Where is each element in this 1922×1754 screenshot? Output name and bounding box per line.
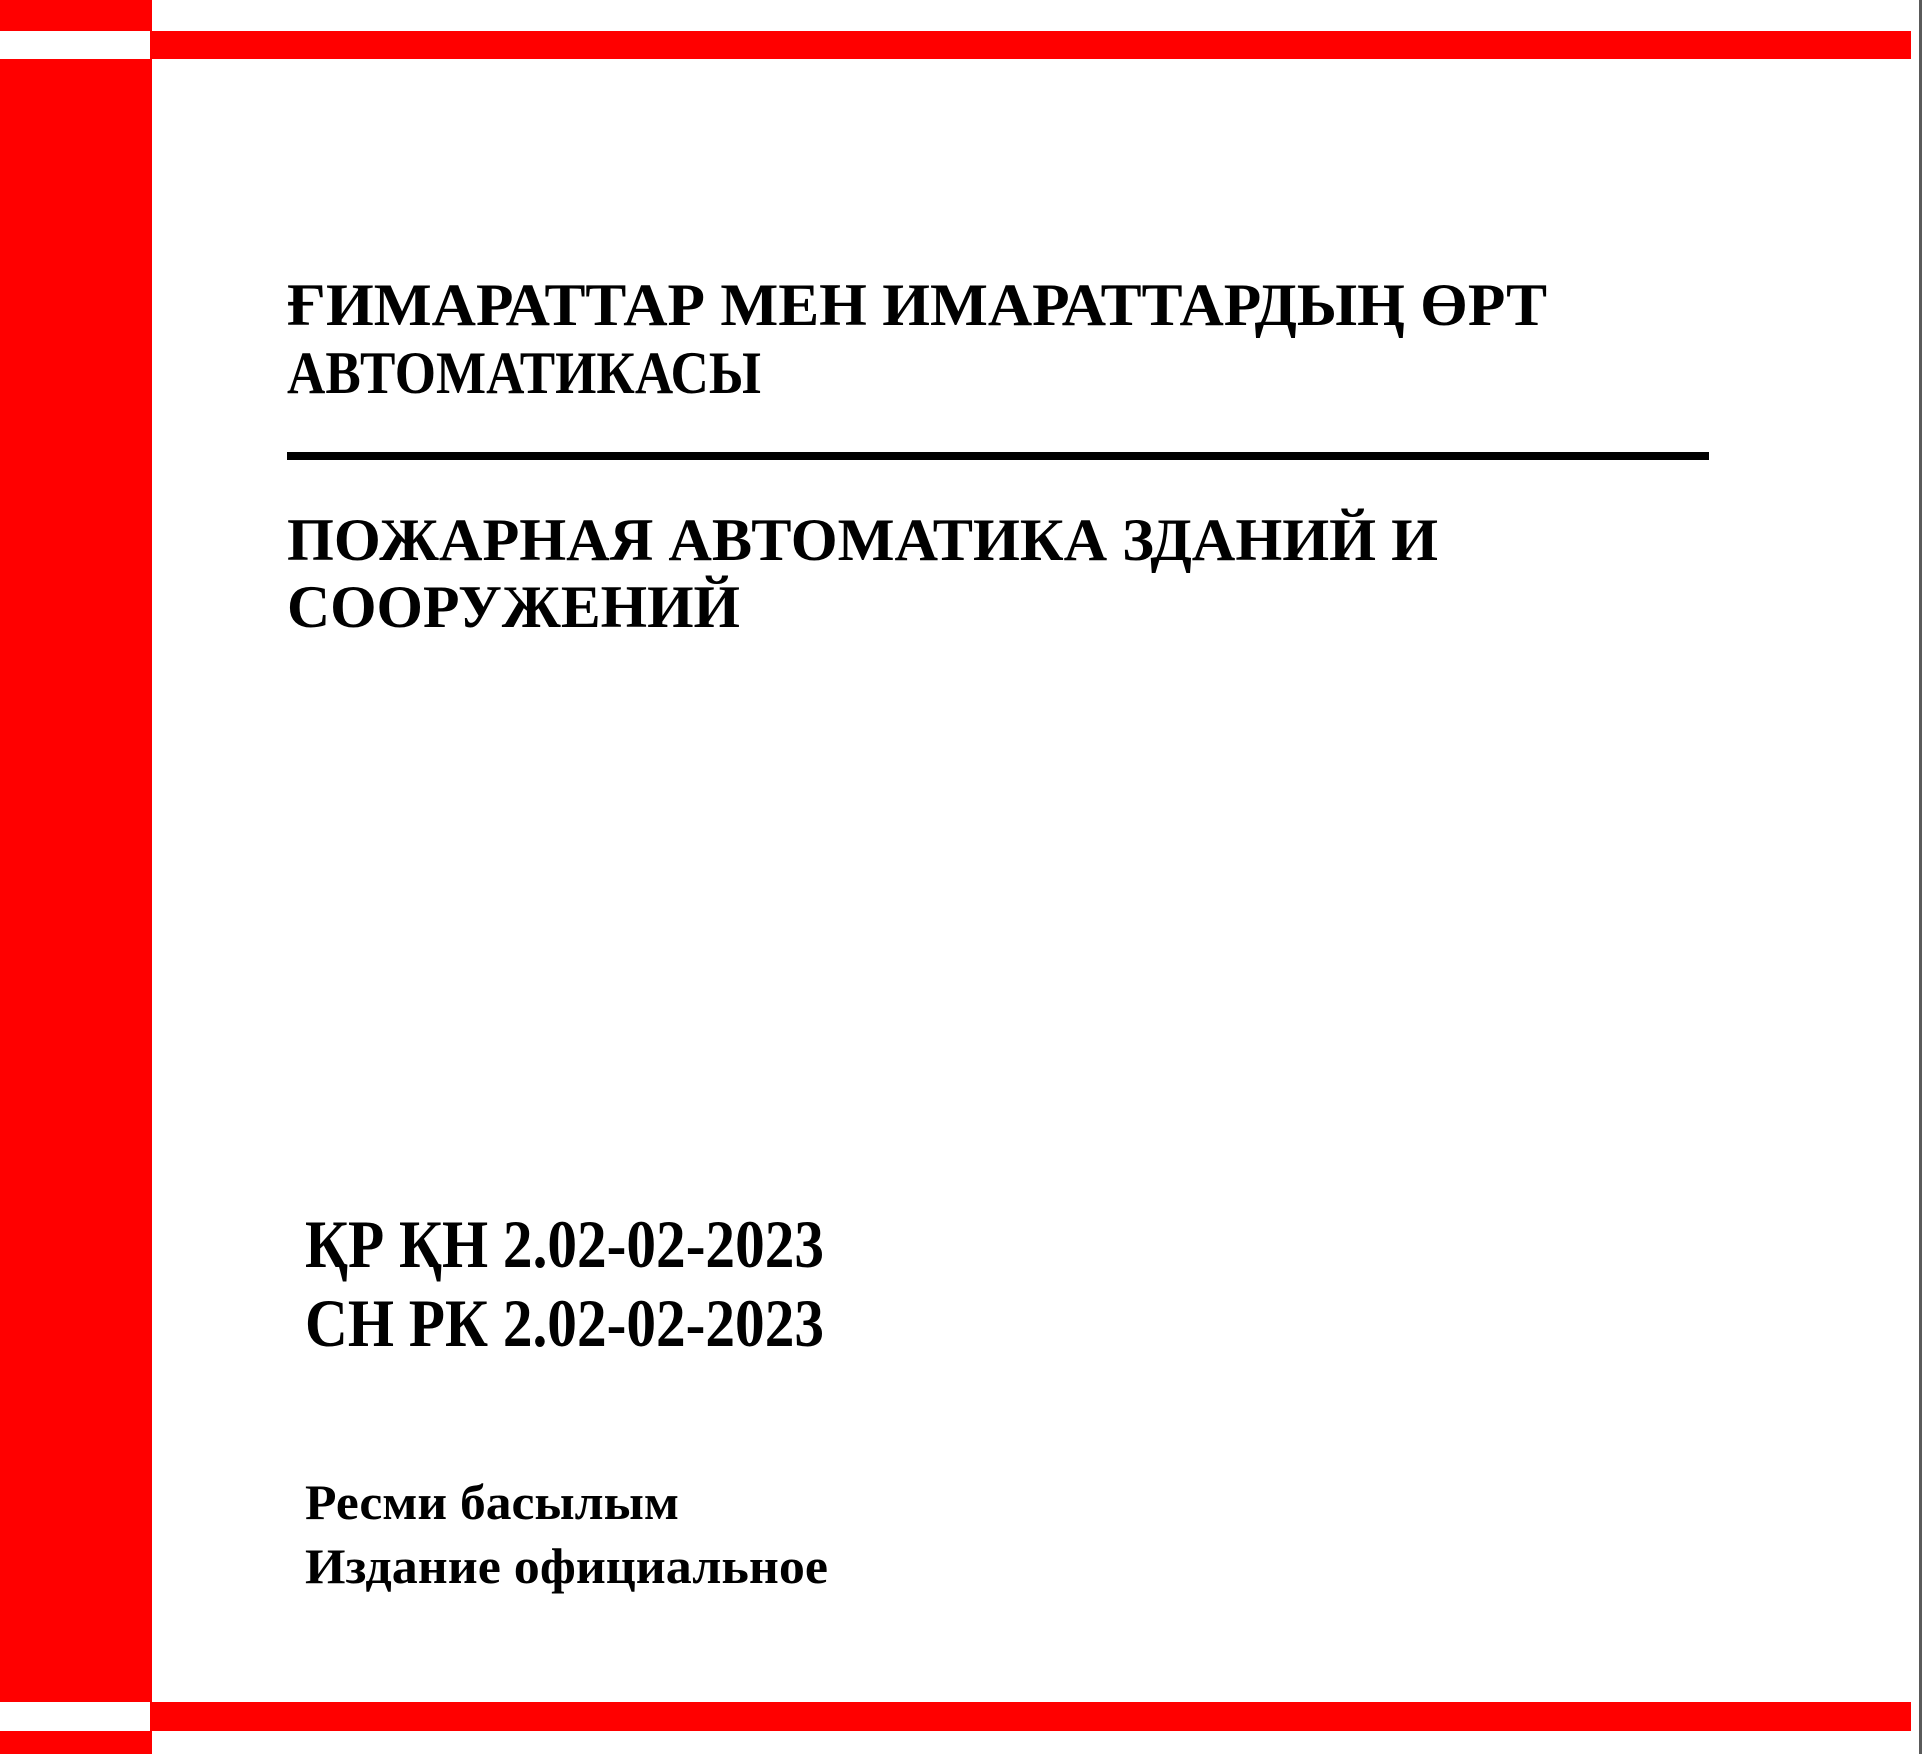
title-kazakh-line-1: ҒИМАРАТТАР МЕН ИМАРАТТАРДЫҢ ӨРТ	[287, 275, 1547, 335]
title-russian-line-1: ПОЖАРНАЯ АВТОМАТИКА ЗДАНИЙ И	[287, 510, 1438, 570]
edition-label-russian: Издание официальное	[305, 1541, 828, 1591]
bottom-red-bar	[152, 1702, 1911, 1731]
left-red-band	[0, 0, 152, 1754]
title-kazakh-line-2: АВТОМАТИКАСЫ	[287, 343, 761, 403]
document-code-russian: СН РК 2.02-02-2023	[305, 1289, 824, 1357]
title-divider	[287, 452, 1709, 460]
top-red-bar	[152, 31, 1911, 59]
title-russian-line-2: СООРУЖЕНИЙ	[287, 577, 740, 637]
document-code-kazakh: ҚР ҚН 2.02-02-2023	[305, 1210, 824, 1278]
left-white-stripe-bottom	[0, 1702, 150, 1731]
left-white-stripe-top	[0, 31, 150, 59]
edition-label-kazakh: Ресми басылым	[305, 1477, 679, 1527]
